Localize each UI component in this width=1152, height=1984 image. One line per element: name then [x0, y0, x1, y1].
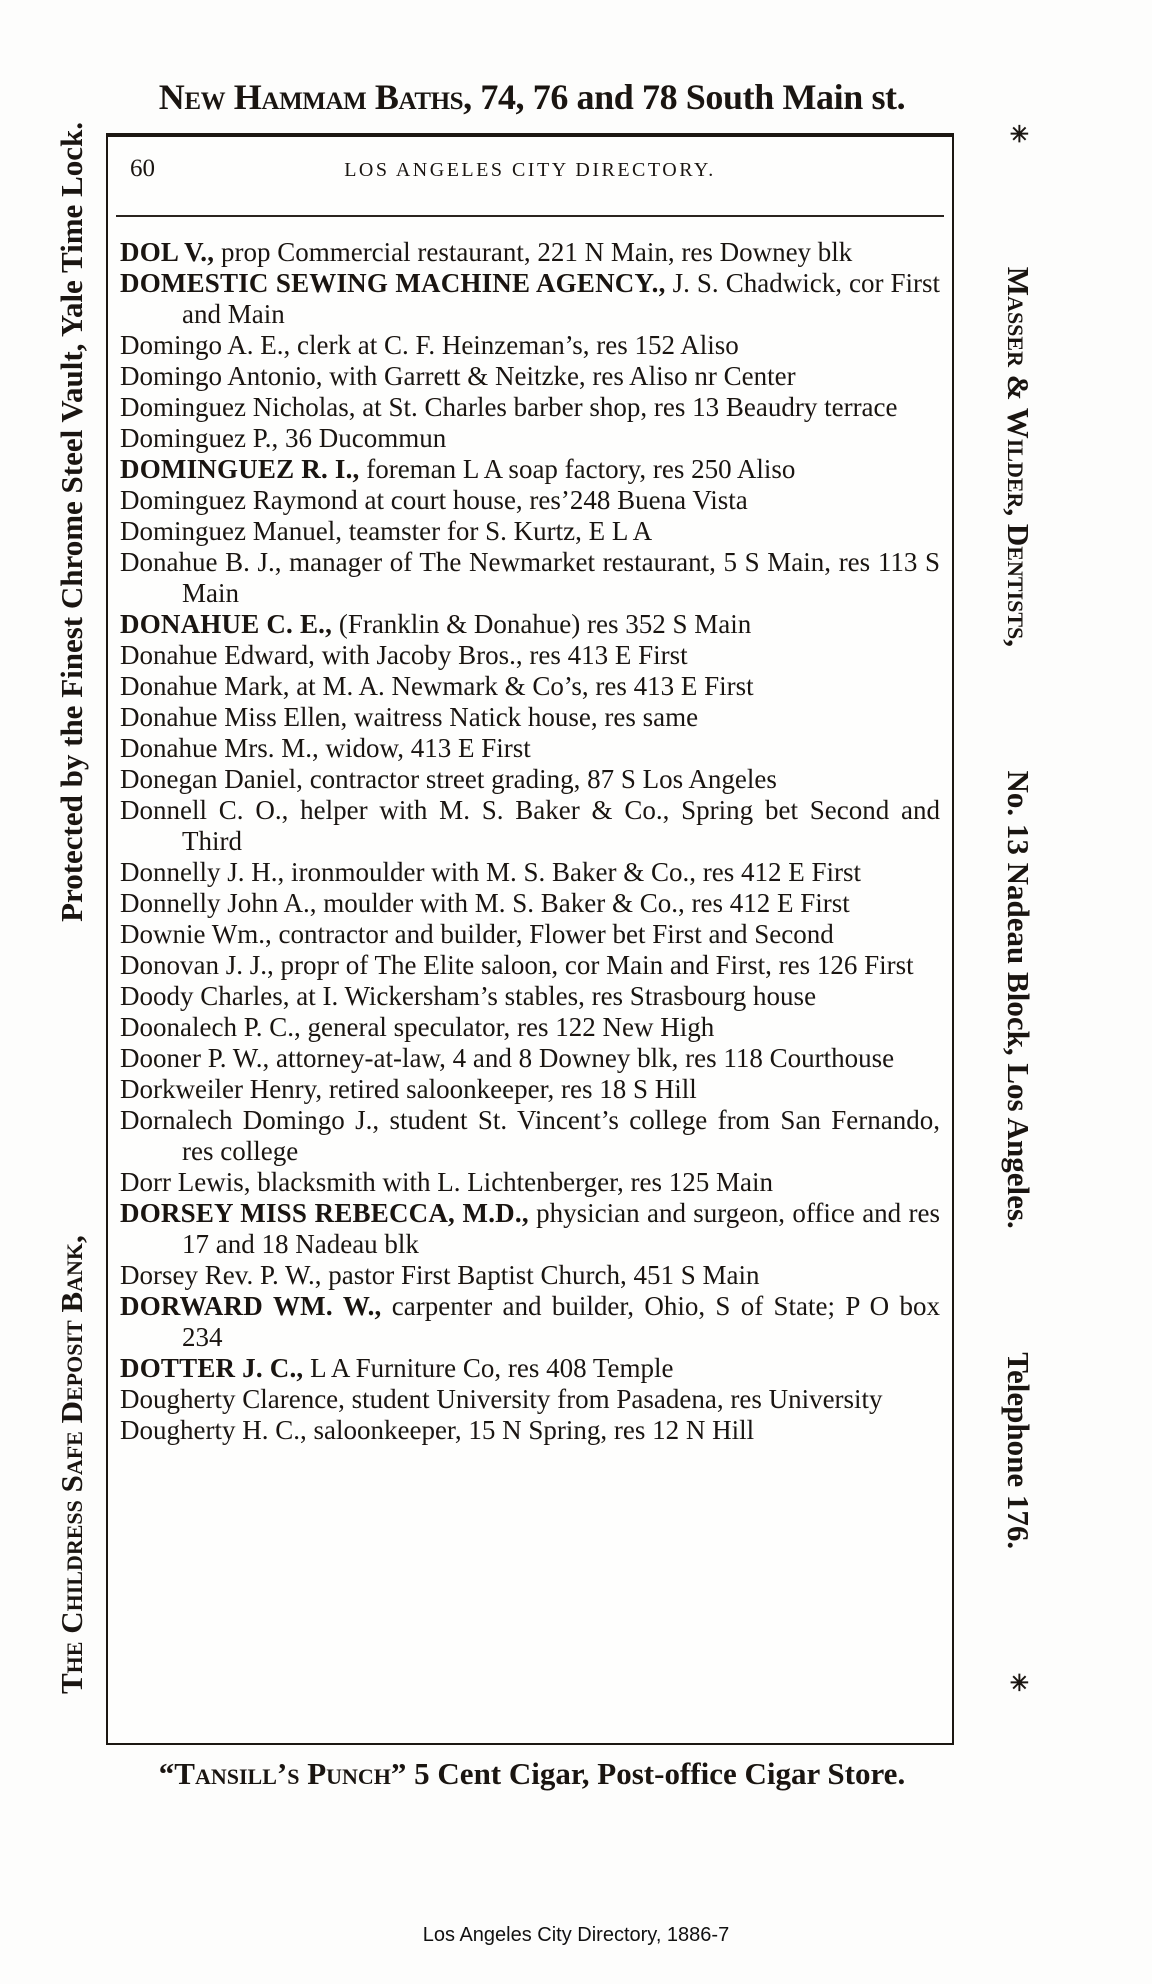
directory-entry: Dorsey Rev. P. W., pastor First Baptist … — [120, 1260, 940, 1291]
entry-name: Dooner P. W., — [120, 1043, 269, 1073]
entry-text: waitress Natick house, res same — [347, 702, 698, 732]
entry-name: DOL V., — [120, 237, 214, 267]
directory-entry: Donovan J. J., propr of The Elite saloon… — [120, 950, 940, 981]
entry-name: Donahue Mark, — [120, 671, 289, 701]
entry-name: Donahue Miss Ellen, — [120, 702, 347, 732]
directory-entry: Donnelly J. H., ironmoulder with M. S. B… — [120, 857, 940, 888]
entry-text: at court house, res’248 Buena Vista — [358, 485, 748, 515]
directory-entry: Dorkweiler Henry, retired saloonkeeper, … — [120, 1074, 940, 1105]
bottom-advert-brand: “Tansill’s Punch” — [159, 1756, 407, 1791]
entry-name: Donnelly John A., — [120, 888, 317, 918]
top-advert-banner: New Hammam Baths, 74, 76 and 78 South Ma… — [104, 76, 960, 128]
entry-name: Dougherty H. C., — [120, 1415, 307, 1445]
directory-entry: Domingo Antonio, with Garrett & Neitzke,… — [120, 361, 940, 392]
entry-text: at M. A. Newmark & Co’s, res 413 E First — [289, 671, 753, 701]
entry-name: Donahue Mrs. M., — [120, 733, 319, 763]
entry-text: moulder with M. S. Baker & Co., res 412 … — [317, 888, 850, 918]
entry-name: DOMINGUEZ R. I., — [120, 454, 359, 484]
entry-text: pastor First Baptist Church, 451 S Main — [322, 1260, 760, 1290]
directory-entry: DOMINGUEZ R. I., foreman L A soap factor… — [120, 454, 940, 485]
directory-list: DOL V., prop Commercial restaurant, 221 … — [108, 217, 952, 1727]
entry-name: Donahue B. J., — [120, 547, 282, 577]
directory-entry: DOTTER J. C., L A Furniture Co, res 408 … — [120, 1353, 940, 1384]
directory-entry: Dominguez Nicholas, at St. Charles barbe… — [120, 392, 940, 423]
top-advert-brand: New Hammam Baths, — [159, 77, 472, 117]
entry-name: Dorr Lewis, — [120, 1167, 250, 1197]
entry-text: teamster for S. Kurtz, E L A — [342, 516, 652, 546]
entry-text: (Franklin & Donahue) res 352 S Main — [332, 609, 751, 639]
entry-name: Dominguez Raymond — [120, 485, 358, 515]
entry-name: Donegan Daniel, — [120, 764, 303, 794]
top-advert-text: 74, 76 and 78 South Main st. — [472, 77, 906, 117]
entry-name: DOTTER J. C., — [120, 1353, 303, 1383]
entry-text: L A Furniture Co, res 408 Temple — [303, 1353, 673, 1383]
directory-entry: Dooner P. W., attorney-at-law, 4 and 8 D… — [120, 1043, 940, 1074]
entry-name: Dominguez P., — [120, 423, 278, 453]
directory-entry: DORWARD WM. W., carpenter and builder, O… — [120, 1291, 940, 1353]
entry-text: clerk at C. F. Heinzeman’s, res 152 Alis… — [290, 330, 739, 360]
directory-entry: Downie Wm., contractor and builder, Flow… — [120, 919, 940, 950]
entry-name: Downie Wm., — [120, 919, 272, 949]
bottom-advert-text: 5 Cent Cigar, Post-office Cigar Store. — [406, 1756, 905, 1791]
footer-caption: Los Angeles City Directory, 1886-7 — [0, 1924, 1152, 1947]
entry-text: contractor and builder, Flower bet First… — [272, 919, 834, 949]
entry-text: attorney-at-law, 4 and 8 Downey blk, res… — [269, 1043, 894, 1073]
flower-ornament-icon: ✳ — [1005, 1673, 1031, 1692]
right-advert-phone: Telephone 176. — [1000, 1352, 1036, 1549]
sidebar-right-advert: ✳ Masser & Wilder, Dentists, No. 13 Nade… — [994, 124, 1042, 1692]
directory-entry: DOL V., prop Commercial restaurant, 221 … — [120, 237, 940, 268]
entry-text: helper with M. S. Baker & Co., Spring be… — [182, 795, 940, 856]
directory-entry: Donahue Mrs. M., widow, 413 E First — [120, 733, 940, 764]
entry-name: Donovan J. J., — [120, 950, 274, 980]
directory-entry: Dominguez Raymond at court house, res’24… — [120, 485, 940, 516]
entry-text: contractor street grading, 87 S Los Ange… — [303, 764, 777, 794]
entry-text: ironmoulder with M. S. Baker & Co., res … — [284, 857, 861, 887]
entry-name: Donnell C. O., — [120, 795, 288, 825]
entry-text: widow, 413 E First — [319, 733, 531, 763]
entry-name: DONAHUE C. E., — [120, 609, 332, 639]
directory-entry: DONAHUE C. E., (Franklin & Donahue) res … — [120, 609, 940, 640]
entry-name: Domingo Antonio, — [120, 361, 323, 391]
entry-name: DORWARD WM. W., — [120, 1291, 381, 1321]
directory-entry: Dornalech Domingo J., student St. Vincen… — [120, 1105, 940, 1167]
right-advert-brand: Masser & Wilder, Dentists, — [1000, 267, 1036, 647]
directory-entry: Donahue Edward, with Jacoby Bros., res 4… — [120, 640, 940, 671]
entry-text: at I. Wickersham’s stables, res Strasbou… — [289, 981, 816, 1011]
directory-entry: DORSEY MISS REBECCA, M.D., physician and… — [120, 1198, 940, 1260]
directory-entry: Donahue Mark, at M. A. Newmark & Co’s, r… — [120, 671, 940, 702]
directory-entry: Dorr Lewis, blacksmith with L. Lichtenbe… — [120, 1167, 940, 1198]
entry-name: Doody Charles, — [120, 981, 289, 1011]
entry-name: Dougherty Clarence, — [120, 1384, 345, 1414]
left-advert-tagline: Protected by the Finest Chrome Steel Vau… — [54, 122, 90, 922]
directory-entry: Dominguez P., 36 Ducommun — [120, 423, 940, 454]
entry-name: Domingo A. E., — [120, 330, 290, 360]
entry-text: 36 Ducommun — [278, 423, 446, 453]
entry-name: DORSEY MISS REBECCA, M.D., — [120, 1198, 529, 1228]
right-advert-address: No. 13 Nadeau Block, Los Angeles. — [1000, 771, 1036, 1229]
entry-text: saloonkeeper, 15 N Spring, res 12 N Hill — [307, 1415, 754, 1445]
entry-text: with Garrett & Neitzke, res Aliso nr Cen… — [323, 361, 796, 391]
sidebar-left-advert: The Childress Safe Deposit Bank, Protect… — [48, 122, 96, 1694]
entry-text: manager of The Newmarket restaurant, 5 S… — [182, 547, 940, 608]
entry-text: propr of The Elite saloon, cor Main and … — [274, 950, 914, 980]
directory-entry: Donegan Daniel, contractor street gradin… — [120, 764, 940, 795]
page-title: LOS ANGELES CITY DIRECTORY. — [116, 159, 944, 182]
entry-name: Dorkweiler Henry, — [120, 1074, 322, 1104]
entry-text: general speculator, res 122 New High — [301, 1012, 715, 1042]
left-advert-brand: The Childress Safe Deposit Bank, — [54, 1235, 90, 1694]
entry-text: retired saloonkeeper, res 18 S Hill — [322, 1074, 697, 1104]
entry-name: Dominguez Manuel, — [120, 516, 342, 546]
directory-entry: Donahue Miss Ellen, waitress Natick hous… — [120, 702, 940, 733]
bottom-advert-banner: “Tansill’s Punch” 5 Cent Cigar, Post-off… — [104, 1756, 960, 1802]
entry-text: student University from Pasadena, res Un… — [345, 1384, 883, 1414]
entry-name: Donahue Edward, — [120, 640, 315, 670]
content-frame: 60 LOS ANGELES CITY DIRECTORY. DOL V., p… — [106, 133, 954, 1745]
directory-entry: Donahue B. J., manager of The Newmarket … — [120, 547, 940, 609]
entry-name: Dornalech Domingo J., — [120, 1105, 379, 1135]
entry-text: prop Commercial restaurant, 221 N Main, … — [214, 237, 852, 267]
entry-name: Dominguez Nicholas, — [120, 392, 355, 422]
entry-text: blacksmith with L. Lichtenberger, res 12… — [250, 1167, 773, 1197]
directory-entry: Donnelly John A., moulder with M. S. Bak… — [120, 888, 940, 919]
entry-name: Dorsey Rev. P. W., — [120, 1260, 322, 1290]
entry-text: at St. Charles barber shop, res 13 Beaud… — [355, 392, 897, 422]
directory-entry: Dominguez Manuel, teamster for S. Kurtz,… — [120, 516, 940, 547]
entry-text: foreman L A soap factory, res 250 Aliso — [359, 454, 795, 484]
entry-name: Donnelly J. H., — [120, 857, 284, 887]
flower-ornament-icon: ✳ — [1005, 124, 1031, 143]
directory-header: 60 LOS ANGELES CITY DIRECTORY. — [116, 137, 944, 217]
directory-entry: DOMESTIC SEWING MACHINE AGENCY., J. S. C… — [120, 268, 940, 330]
entry-name: Doonalech P. C., — [120, 1012, 301, 1042]
directory-entry: Donnell C. O., helper with M. S. Baker &… — [120, 795, 940, 857]
directory-entry: Doonalech P. C., general speculator, res… — [120, 1012, 940, 1043]
directory-entry: Doody Charles, at I. Wickersham’s stable… — [120, 981, 940, 1012]
entry-name: DOMESTIC SEWING MACHINE AGENCY., — [120, 268, 666, 298]
directory-entry: Domingo A. E., clerk at C. F. Heinzeman’… — [120, 330, 940, 361]
entry-text: with Jacoby Bros., res 413 E First — [315, 640, 688, 670]
directory-entry: Dougherty H. C., saloonkeeper, 15 N Spri… — [120, 1415, 940, 1446]
directory-entry: Dougherty Clarence, student University f… — [120, 1384, 940, 1415]
